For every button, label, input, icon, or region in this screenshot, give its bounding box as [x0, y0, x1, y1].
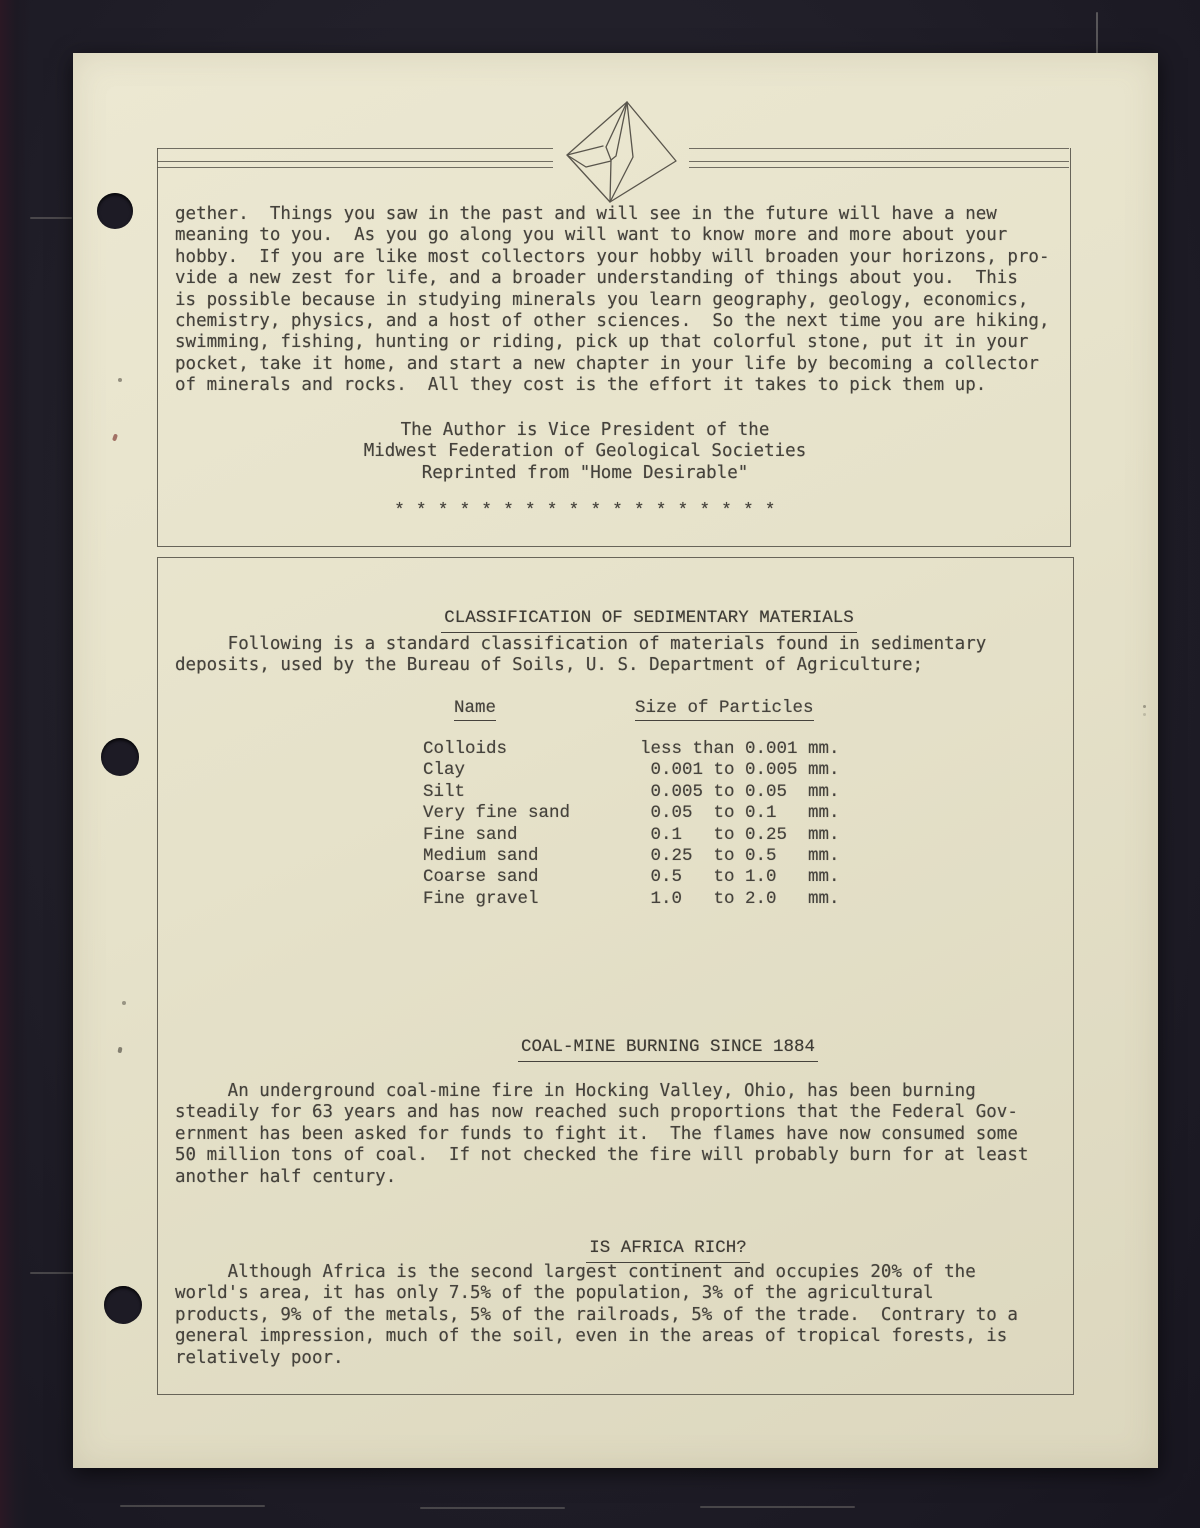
- paper-speck: [122, 1001, 126, 1005]
- crystal-illustration-icon: [563, 99, 681, 205]
- scratch-mark: [420, 1507, 565, 1509]
- particle-name: Very fine sand: [423, 803, 640, 824]
- scratch-mark: [30, 1272, 76, 1274]
- paper-speck: [112, 434, 118, 442]
- section-title-coal-mine: COAL-MINE BURNING SINCE 1884: [518, 1037, 818, 1061]
- classification-intro-text: Following is a standard classification o…: [175, 634, 986, 677]
- article-continuation-text: gether. Things you saw in the past and w…: [175, 204, 1049, 397]
- particle-size: 1.0 to 2.0 mm.: [640, 889, 840, 909]
- paper-speck: [1143, 705, 1146, 708]
- table-row: Coarse sand 0.5 to 1.0 mm.: [423, 867, 840, 888]
- table-header-size: Size of Particles: [635, 698, 814, 721]
- particle-name: Colloids: [423, 739, 640, 760]
- table-row: Fine sand 0.1 to 0.25 mm.: [423, 825, 840, 846]
- paper-speck: [118, 378, 122, 382]
- particle-name: Silt: [423, 782, 640, 803]
- paper-speck: [117, 1047, 122, 1054]
- particle-size: 0.5 to 1.0 mm.: [640, 867, 840, 887]
- table-row: Medium sand 0.25 to 0.5 mm.: [423, 846, 840, 867]
- scratch-mark: [700, 1506, 855, 1508]
- particle-size: less than 0.001 mm.: [640, 739, 840, 759]
- particle-name: Coarse sand: [423, 867, 640, 888]
- table-row: Very fine sand 0.05 to 0.1 mm.: [423, 803, 840, 824]
- scratch-mark: [120, 1505, 265, 1507]
- scratch-mark: [1096, 12, 1098, 54]
- particle-name: Fine sand: [423, 825, 640, 846]
- punch-hole: [104, 1286, 142, 1324]
- table-row: Silt 0.005 to 0.05 mm.: [423, 782, 840, 803]
- section-title-africa: IS AFRICA RICH?: [586, 1238, 750, 1262]
- table-row: Clay 0.001 to 0.005 mm.: [423, 760, 840, 781]
- particle-size-table: Colloidsless than 0.001 mm.Clay 0.001 to…: [423, 739, 840, 910]
- particle-size: 0.1 to 0.25 mm.: [640, 825, 840, 845]
- punch-hole: [97, 193, 133, 229]
- particle-name: Clay: [423, 760, 640, 781]
- particle-size: 0.05 to 0.1 mm.: [640, 803, 840, 823]
- africa-article-text: Although Africa is the second largest co…: [175, 1262, 1018, 1369]
- punch-hole: [101, 738, 139, 776]
- table-row: Colloidsless than 0.001 mm.: [423, 739, 840, 760]
- particle-name: Fine gravel: [423, 889, 640, 910]
- scratch-mark: [30, 217, 72, 219]
- particle-size: 0.25 to 0.5 mm.: [640, 846, 840, 866]
- particle-size: 0.001 to 0.005 mm.: [640, 760, 840, 780]
- table-row: Fine gravel 1.0 to 2.0 mm.: [423, 889, 840, 910]
- binder-spine: [0, 0, 30, 1528]
- coal-mine-article-text: An underground coal-mine fire in Hocking…: [175, 1081, 1028, 1188]
- table-header-name: Name: [454, 698, 496, 721]
- document-page: gether. Things you saw in the past and w…: [73, 53, 1158, 1468]
- particle-size: 0.005 to 0.05 mm.: [640, 782, 840, 802]
- section-title-classification: CLASSIFICATION OF SEDIMENTARY MATERIALS: [441, 608, 857, 632]
- particle-name: Medium sand: [423, 846, 640, 867]
- asterisk-divider: * * * * * * * * * * * * * * * * * *: [175, 501, 995, 522]
- author-credit: The Author is Vice President of the Midw…: [175, 420, 995, 484]
